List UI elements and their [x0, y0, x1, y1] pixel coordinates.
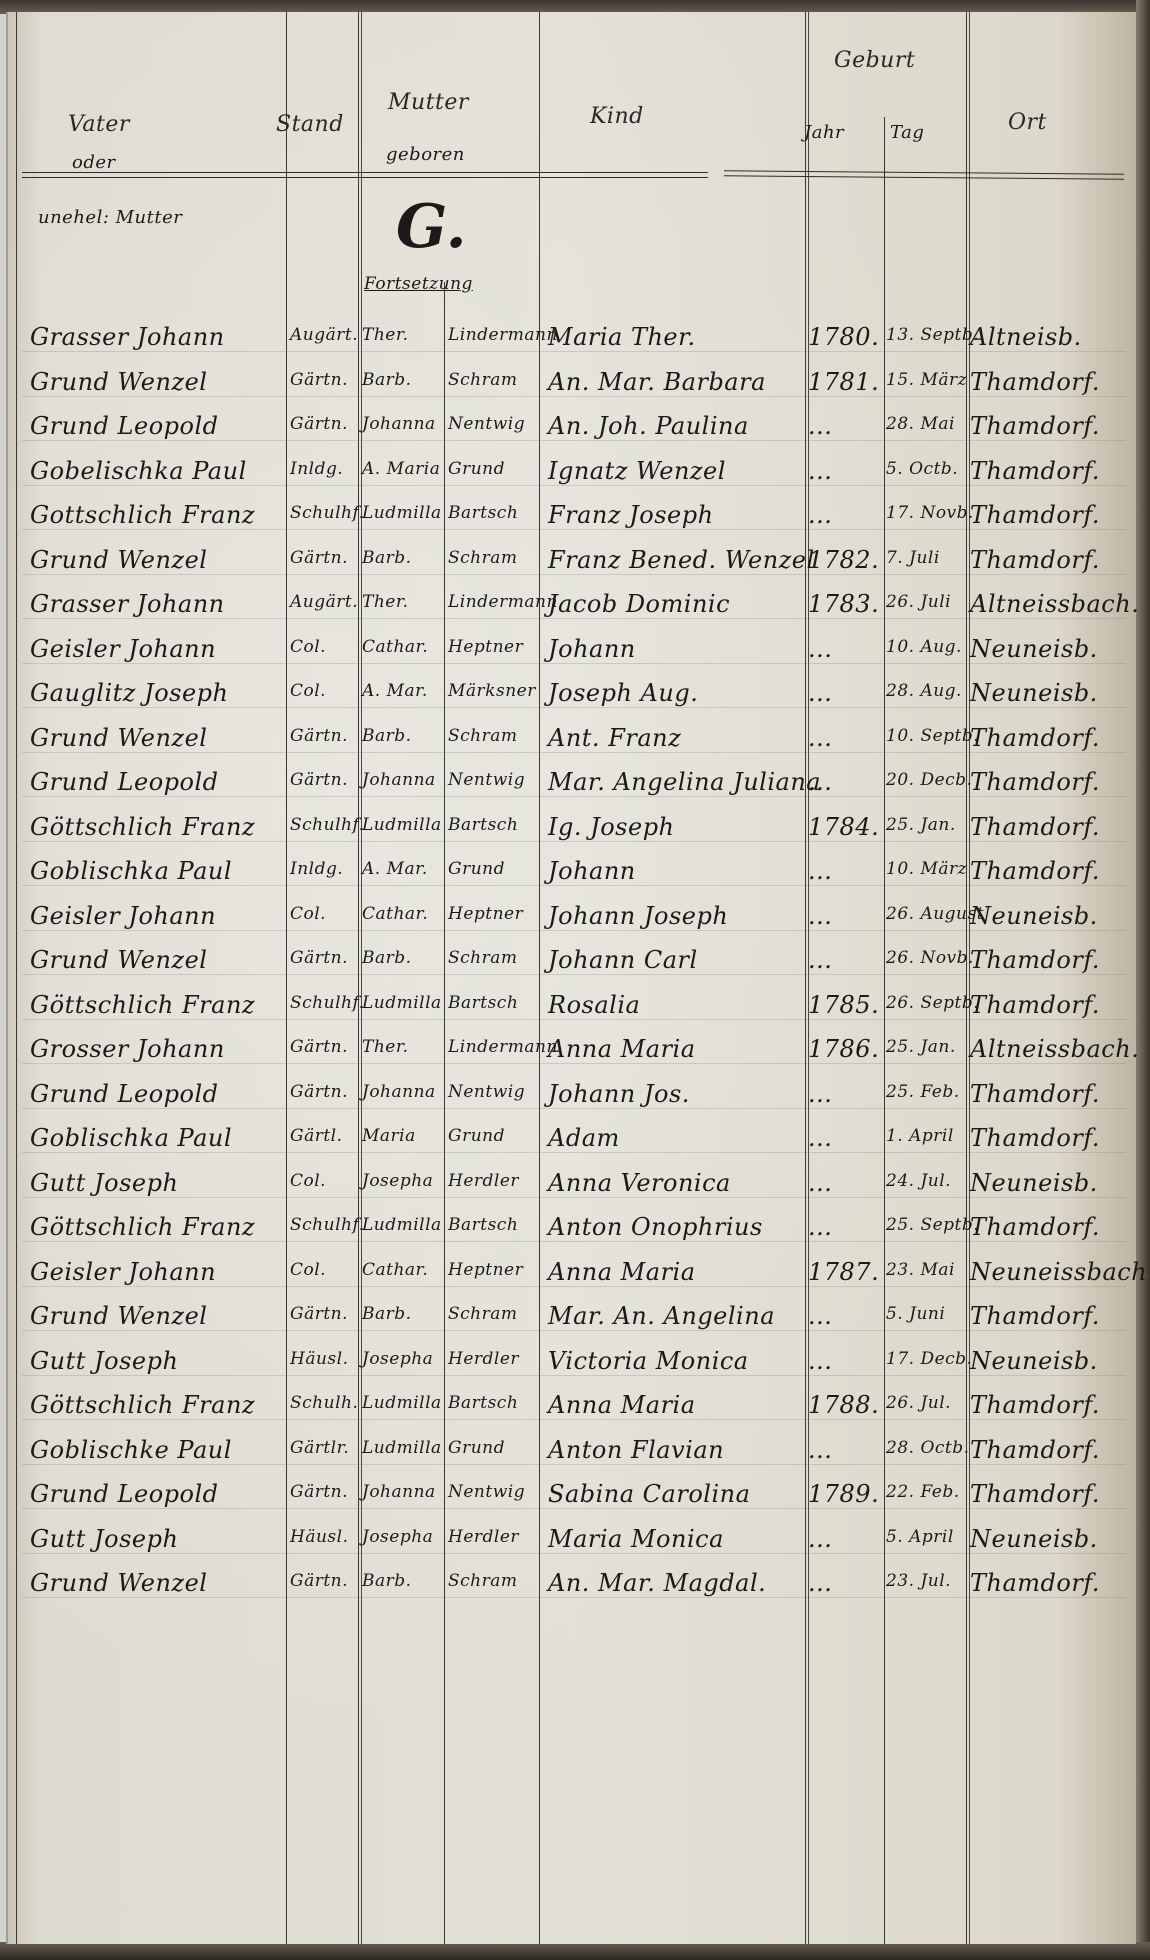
header-rule [22, 172, 708, 173]
mother-last-name: Nentwig [448, 1482, 525, 1502]
birth-year: ... [808, 629, 832, 669]
birth-year: 1783. [808, 584, 879, 624]
birth-day: 17. Decb. [886, 1349, 972, 1369]
book-bottom-edge [0, 1942, 1150, 1960]
birth-place: Thamdorf. [970, 1430, 1100, 1470]
register-row: Goblischke PaulGärtlr.LudmillaGrundAnton… [8, 1430, 1136, 1470]
child-name: Victoria Monica [548, 1341, 749, 1381]
child-name: Anna Maria [548, 1252, 696, 1292]
birth-year: 1786. [808, 1029, 879, 1069]
mother-last-name: Nentwig [448, 1082, 525, 1102]
father-name: Gauglitz Joseph [30, 673, 228, 713]
mother-last-name: Schram [448, 548, 518, 568]
section-note: unehel: Mutter [38, 207, 182, 228]
birth-year: ... [808, 451, 832, 491]
birth-day: 23. Mai [886, 1260, 955, 1280]
header-child: Kind [590, 104, 644, 129]
status: Col. [290, 681, 326, 701]
mother-last-name: Schram [448, 1571, 518, 1591]
child-name: Rosalia [548, 985, 640, 1025]
birth-place: Neuneisb. [970, 629, 1098, 669]
mother-first-name: Johanna [362, 1482, 436, 1502]
birth-place: Thamdorf. [970, 985, 1100, 1025]
header-mother: Mutter [388, 90, 469, 115]
birth-place: Thamdorf. [970, 1385, 1100, 1425]
register-row: Grund LeopoldGärtn.JohannaNentwigAn. Joh… [8, 406, 1136, 446]
register-row: Gutt JosephHäusl.JosephaHerdlerVictoria … [8, 1341, 1136, 1381]
birth-day: 25. Septb. [886, 1215, 979, 1235]
mother-first-name: Barb. [362, 726, 412, 746]
child-name: Anna Maria [548, 1385, 696, 1425]
register-row: Gobelischka PaulInldg.A. MariaGrundIgnat… [8, 451, 1136, 491]
birth-day: 25. Feb. [886, 1082, 960, 1102]
status: Häusl. [290, 1527, 348, 1547]
birth-place: Thamdorf. [970, 1207, 1100, 1247]
father-name: Grund Wenzel [30, 940, 207, 980]
mother-first-name: Ludmilla [362, 815, 442, 835]
birth-year: ... [808, 1563, 832, 1603]
birth-year: ... [808, 1296, 832, 1336]
child-name: Anton Onophrius [548, 1207, 763, 1247]
birth-year: ... [808, 495, 832, 535]
mother-first-name: Josepha [362, 1527, 433, 1547]
birth-place: Thamdorf. [970, 762, 1100, 802]
register-row: Grund WenzelGärtn.Barb.SchramFranz Bened… [8, 540, 1136, 580]
child-name: Joseph Aug. [548, 673, 698, 713]
father-name: Gutt Joseph [30, 1341, 178, 1381]
mother-first-name: Ther. [362, 592, 409, 612]
status: Gärtn. [290, 948, 348, 968]
birth-day: 26. Juli [886, 592, 951, 612]
mother-last-name: Heptner [448, 904, 523, 924]
mother-last-name: Nentwig [448, 770, 525, 790]
status: Col. [290, 637, 326, 657]
birth-year: 1788. [808, 1385, 879, 1425]
header-rule-right [724, 170, 1124, 174]
register-row: Göttschlich FranzSchulhf.LudmillaBartsch… [8, 985, 1136, 1025]
mother-last-name: Bartsch [448, 1215, 518, 1235]
birth-place: Thamdorf. [970, 1474, 1100, 1514]
father-name: Gottschlich Franz [30, 495, 255, 535]
birth-place: Thamdorf. [970, 1118, 1100, 1158]
header-birth-day: Tag [890, 122, 924, 143]
status: Schulhf. [290, 503, 365, 523]
birth-day: 20. Decb. [886, 770, 972, 790]
register-row: Grasser JohannAugärt.Ther.LindermannMari… [8, 317, 1136, 357]
birth-place: Thamdorf. [970, 406, 1100, 446]
register-row: Grund LeopoldGärtn.JohannaNentwigSabina … [8, 1474, 1136, 1514]
register-row: Grund LeopoldGärtn.JohannaNentwigMar. An… [8, 762, 1136, 802]
register-row: Geisler JohannCol.Cathar.HeptnerAnna Mar… [8, 1252, 1136, 1292]
birth-day: 23. Jul. [886, 1571, 951, 1591]
birth-place: Altneissbach. [970, 1029, 1139, 1069]
father-name: Grund Leopold [30, 1074, 219, 1114]
mother-last-name: Märksner [448, 681, 536, 701]
father-name: Grund Leopold [30, 762, 219, 802]
father-name: Grund Leopold [30, 406, 219, 446]
mother-last-name: Grund [448, 859, 505, 879]
father-name: Grund Wenzel [30, 718, 207, 758]
mother-first-name: Barb. [362, 1571, 412, 1591]
father-name: Gutt Joseph [30, 1519, 178, 1559]
status: Schulhf. [290, 815, 365, 835]
child-name: Ig. Joseph [548, 807, 675, 847]
mother-last-name: Herdler [448, 1171, 519, 1191]
father-name: Gobelischka Paul [30, 451, 247, 491]
birth-day: 17. Novb. [886, 503, 974, 523]
birth-place: Neuneissbach. [970, 1252, 1150, 1292]
status: Augärt. [290, 592, 358, 612]
father-name: Goblischke Paul [30, 1430, 232, 1470]
child-name: Anton Flavian [548, 1430, 724, 1470]
mother-first-name: Barb. [362, 948, 412, 968]
birth-year: 1781. [808, 362, 879, 402]
mother-first-name: Maria [362, 1126, 416, 1146]
mother-first-name: A. Mar. [362, 681, 428, 701]
birth-year: ... [808, 1118, 832, 1158]
status: Häusl. [290, 1349, 348, 1369]
register-row: Grund WenzelGärtn.Barb.SchramAnt. Franz.… [8, 718, 1136, 758]
status: Schulhf. [290, 993, 365, 1013]
child-name: Maria Ther. [548, 317, 696, 357]
mother-last-name: Bartsch [448, 815, 518, 835]
father-name: Goblischka Paul [30, 1118, 232, 1158]
mother-last-name: Schram [448, 948, 518, 968]
birth-place: Thamdorf. [970, 940, 1100, 980]
mother-first-name: A. Mar. [362, 859, 428, 879]
child-name: An. Joh. Paulina [548, 406, 749, 446]
child-name: An. Mar. Magdal. [548, 1563, 766, 1603]
register-row: Grosser JohannGärtn.Ther.LindermannAnna … [8, 1029, 1136, 1069]
register-row: Goblischka PaulInldg.A. Mar.GrundJohann.… [8, 851, 1136, 891]
birth-day: 25. Jan. [886, 815, 956, 835]
mother-first-name: Ludmilla [362, 1438, 442, 1458]
child-name: Johann Carl [548, 940, 698, 980]
birth-year: 1784. [808, 807, 879, 847]
child-name: Ignatz Wenzel [548, 451, 726, 491]
status: Col. [290, 1171, 326, 1191]
birth-day: 22. Feb. [886, 1482, 960, 1502]
child-name: Johann [548, 629, 636, 669]
header-mother-sub: geboren [386, 144, 465, 165]
birth-place: Thamdorf. [970, 718, 1100, 758]
birth-year: 1782. [808, 540, 879, 580]
birth-year: ... [808, 896, 832, 936]
mother-first-name: Josepha [362, 1349, 433, 1369]
child-name: Franz Bened. Wenzel [548, 540, 815, 580]
status: Gärtlr. [290, 1438, 349, 1458]
mother-last-name: Lindermann [448, 325, 558, 345]
mother-last-name: Grund [448, 1438, 505, 1458]
birth-year: ... [808, 1519, 832, 1559]
status: Gärtn. [290, 1482, 348, 1502]
register-page: Vater oder Stand Mutter geboren Kind Geb… [6, 12, 1136, 1944]
father-name: Grund Wenzel [30, 1563, 207, 1603]
father-name: Geisler Johann [30, 1252, 216, 1292]
mother-first-name: Cathar. [362, 1260, 428, 1280]
status: Col. [290, 1260, 326, 1280]
child-name: An. Mar. Barbara [548, 362, 766, 402]
birth-day: 26. Novb. [886, 948, 974, 968]
birth-day: 26. Jul. [886, 1393, 951, 1413]
mother-last-name: Grund [448, 1126, 505, 1146]
register-row: Gauglitz JosephCol.A. Mar.MärksnerJoseph… [8, 673, 1136, 713]
mother-first-name: Barb. [362, 1304, 412, 1324]
mother-last-name: Schram [448, 726, 518, 746]
mother-first-name: Barb. [362, 548, 412, 568]
birth-year: 1785. [808, 985, 879, 1025]
birth-place: Thamdorf. [970, 807, 1100, 847]
mother-last-name: Schram [448, 1304, 518, 1324]
header-rule-double [22, 177, 708, 178]
birth-year: ... [808, 1430, 832, 1470]
birth-place: Thamdorf. [970, 851, 1100, 891]
birth-day: 15. März [886, 370, 967, 390]
section-subheading: Fortsetzung [364, 274, 473, 294]
birth-day: 5. Juni [886, 1304, 945, 1324]
birth-place: Neuneisb. [970, 1341, 1098, 1381]
father-name: Göttschlich Franz [30, 985, 255, 1025]
mother-last-name: Bartsch [448, 1393, 518, 1413]
birth-day: 5. Octb. [886, 459, 958, 479]
birth-year: ... [808, 940, 832, 980]
register-row: Gottschlich FranzSchulhf.LudmillaBartsch… [8, 495, 1136, 535]
birth-day: 25. Jan. [886, 1037, 956, 1057]
mother-first-name: Cathar. [362, 904, 428, 924]
header-birth: Geburt [834, 48, 915, 73]
father-name: Gutt Joseph [30, 1163, 178, 1203]
birth-place: Altneissbach. [970, 584, 1139, 624]
mother-last-name: Bartsch [448, 993, 518, 1013]
father-name: Göttschlich Franz [30, 1385, 255, 1425]
birth-day: 1. April [886, 1126, 954, 1146]
register-row: Grund WenzelGärtn.Barb.SchramJohann Carl… [8, 940, 1136, 980]
birth-day: 10. Aug. [886, 637, 962, 657]
mother-first-name: Cathar. [362, 637, 428, 657]
child-name: Mar. Angelina Juliana [548, 762, 821, 802]
birth-day: 10. März [886, 859, 967, 879]
mother-last-name: Lindermann [448, 592, 558, 612]
birth-place: Altneisb. [970, 317, 1082, 357]
section-letter: G. [396, 192, 467, 262]
status: Col. [290, 904, 326, 924]
birth-place: Thamdorf. [970, 540, 1100, 580]
birth-place: Thamdorf. [970, 1074, 1100, 1114]
header-place: Ort [1008, 110, 1047, 135]
status: Schulhf. [290, 1215, 365, 1235]
mother-first-name: Ther. [362, 1037, 409, 1057]
mother-last-name: Schram [448, 370, 518, 390]
mother-last-name: Herdler [448, 1527, 519, 1547]
header-status: Stand [276, 112, 344, 137]
status: Gärtn. [290, 726, 348, 746]
birth-year: ... [808, 851, 832, 891]
father-name: Grund Wenzel [30, 540, 207, 580]
father-name: Grasser Johann [30, 584, 225, 624]
child-name: Ant. Franz [548, 718, 681, 758]
header-rule-right-double [724, 175, 1124, 179]
birth-year: 1789. [808, 1474, 879, 1514]
status: Inldg. [290, 859, 343, 879]
birth-day: 10. Septb. [886, 726, 979, 746]
child-name: Adam [548, 1118, 620, 1158]
status: Inldg. [290, 459, 343, 479]
birth-day: 28. Octb. [886, 1438, 970, 1458]
mother-last-name: Lindermann [448, 1037, 558, 1057]
register-row: Geisler JohannCol.Cathar.HeptnerJohann..… [8, 629, 1136, 669]
header-birth-year: Jahr [804, 122, 844, 143]
birth-day: 5. April [886, 1527, 954, 1547]
status: Gärtn. [290, 370, 348, 390]
register-row: Goblischka PaulGärtl.MariaGrundAdam...1.… [8, 1118, 1136, 1158]
birth-place: Neuneisb. [970, 673, 1098, 713]
mother-first-name: Josepha [362, 1171, 433, 1191]
register-row: Göttschlich FranzSchulh.LudmillaBartschA… [8, 1385, 1136, 1425]
status: Gärtn. [290, 414, 348, 434]
status: Augärt. [290, 325, 358, 345]
birth-year: ... [808, 1074, 832, 1114]
child-name: Anna Maria [548, 1029, 696, 1069]
register-row: Grund WenzelGärtn.Barb.SchramAn. Mar. Ba… [8, 362, 1136, 402]
birth-day: 7. Juli [886, 548, 940, 568]
father-name: Grasser Johann [30, 317, 225, 357]
register-row: Geisler JohannCol.Cathar.HeptnerJohann J… [8, 896, 1136, 936]
birth-year: ... [808, 406, 832, 446]
father-name: Grosser Johann [30, 1029, 225, 1069]
register-row: Grasser JohannAugärt.Ther.LindermannJaco… [8, 584, 1136, 624]
register-row: Grund WenzelGärtn.Barb.SchramAn. Mar. Ma… [8, 1563, 1136, 1603]
birth-year: ... [808, 673, 832, 713]
mother-first-name: Ther. [362, 325, 409, 345]
birth-place: Thamdorf. [970, 495, 1100, 535]
child-name: Maria Monica [548, 1519, 724, 1559]
mother-first-name: Johanna [362, 770, 436, 790]
register-row: Gutt JosephHäusl.JosephaHerdlerMaria Mon… [8, 1519, 1136, 1559]
mother-first-name: Ludmilla [362, 1215, 442, 1235]
birth-day: 28. Aug. [886, 681, 962, 701]
father-name: Grund Leopold [30, 1474, 219, 1514]
mother-last-name: Grund [448, 459, 505, 479]
child-name: Franz Joseph [548, 495, 714, 535]
birth-year: 1787. [808, 1252, 879, 1292]
father-name: Geisler Johann [30, 629, 216, 669]
register-row: Grund LeopoldGärtn.JohannaNentwigJohann … [8, 1074, 1136, 1114]
mother-last-name: Bartsch [448, 503, 518, 523]
mother-first-name: Johanna [362, 414, 436, 434]
status: Gärtl. [290, 1126, 343, 1146]
status: Gärtn. [290, 770, 348, 790]
register-row: Gutt JosephCol.JosephaHerdlerAnna Veroni… [8, 1163, 1136, 1203]
book-right-edge [1136, 0, 1150, 1960]
register-row: Grund WenzelGärtn.Barb.SchramMar. An. An… [8, 1296, 1136, 1336]
birth-year: 1780. [808, 317, 879, 357]
birth-place: Thamdorf. [970, 362, 1100, 402]
register-row: Göttschlich FranzSchulhf.LudmillaBartsch… [8, 1207, 1136, 1247]
status: Gärtn. [290, 548, 348, 568]
birth-place: Thamdorf. [970, 1296, 1100, 1336]
birth-year: ... [808, 1341, 832, 1381]
header-father: Vater [68, 112, 130, 137]
father-name: Grund Wenzel [30, 1296, 207, 1336]
mother-last-name: Heptner [448, 637, 523, 657]
child-name: Johann Jos. [548, 1074, 690, 1114]
birth-place: Neuneisb. [970, 1519, 1098, 1559]
father-name: Geisler Johann [30, 896, 216, 936]
birth-day: 26. Septb. [886, 993, 979, 1013]
mother-first-name: Johanna [362, 1082, 436, 1102]
child-name: Anna Veronica [548, 1163, 731, 1203]
status: Schulh. [290, 1393, 358, 1413]
child-name: Mar. An. Angelina [548, 1296, 775, 1336]
birth-place: Thamdorf. [970, 1563, 1100, 1603]
header-father-sub: oder [72, 152, 116, 173]
father-name: Grund Wenzel [30, 362, 207, 402]
register-row: Göttschlich FranzSchulhf.LudmillaBartsch… [8, 807, 1136, 847]
mother-last-name: Herdler [448, 1349, 519, 1369]
mother-last-name: Nentwig [448, 414, 525, 434]
child-name: Johann Joseph [548, 896, 728, 936]
mother-first-name: Ludmilla [362, 503, 442, 523]
birth-year: ... [808, 1163, 832, 1203]
status: Gärtn. [290, 1082, 348, 1102]
birth-year: ... [808, 718, 832, 758]
mother-last-name: Heptner [448, 1260, 523, 1280]
status: Gärtn. [290, 1571, 348, 1591]
birth-day: 28. Mai [886, 414, 955, 434]
birth-year: ... [808, 762, 832, 802]
birth-place: Neuneisb. [970, 896, 1098, 936]
birth-place: Neuneisb. [970, 1163, 1098, 1203]
status: Gärtn. [290, 1037, 348, 1057]
birth-year: ... [808, 1207, 832, 1247]
birth-day: 24. Jul. [886, 1171, 951, 1191]
child-name: Sabina Carolina [548, 1474, 750, 1514]
father-name: Goblischka Paul [30, 851, 232, 891]
birth-place: Thamdorf. [970, 451, 1100, 491]
father-name: Göttschlich Franz [30, 1207, 255, 1247]
child-name: Jacob Dominic [548, 584, 730, 624]
status: Gärtn. [290, 1304, 348, 1324]
mother-first-name: Ludmilla [362, 993, 442, 1013]
birth-day: 13. Septb. [886, 325, 979, 345]
mother-first-name: Ludmilla [362, 1393, 442, 1413]
child-name: Johann [548, 851, 636, 891]
mother-first-name: A. Maria [362, 459, 440, 479]
father-name: Göttschlich Franz [30, 807, 255, 847]
mother-first-name: Barb. [362, 370, 412, 390]
